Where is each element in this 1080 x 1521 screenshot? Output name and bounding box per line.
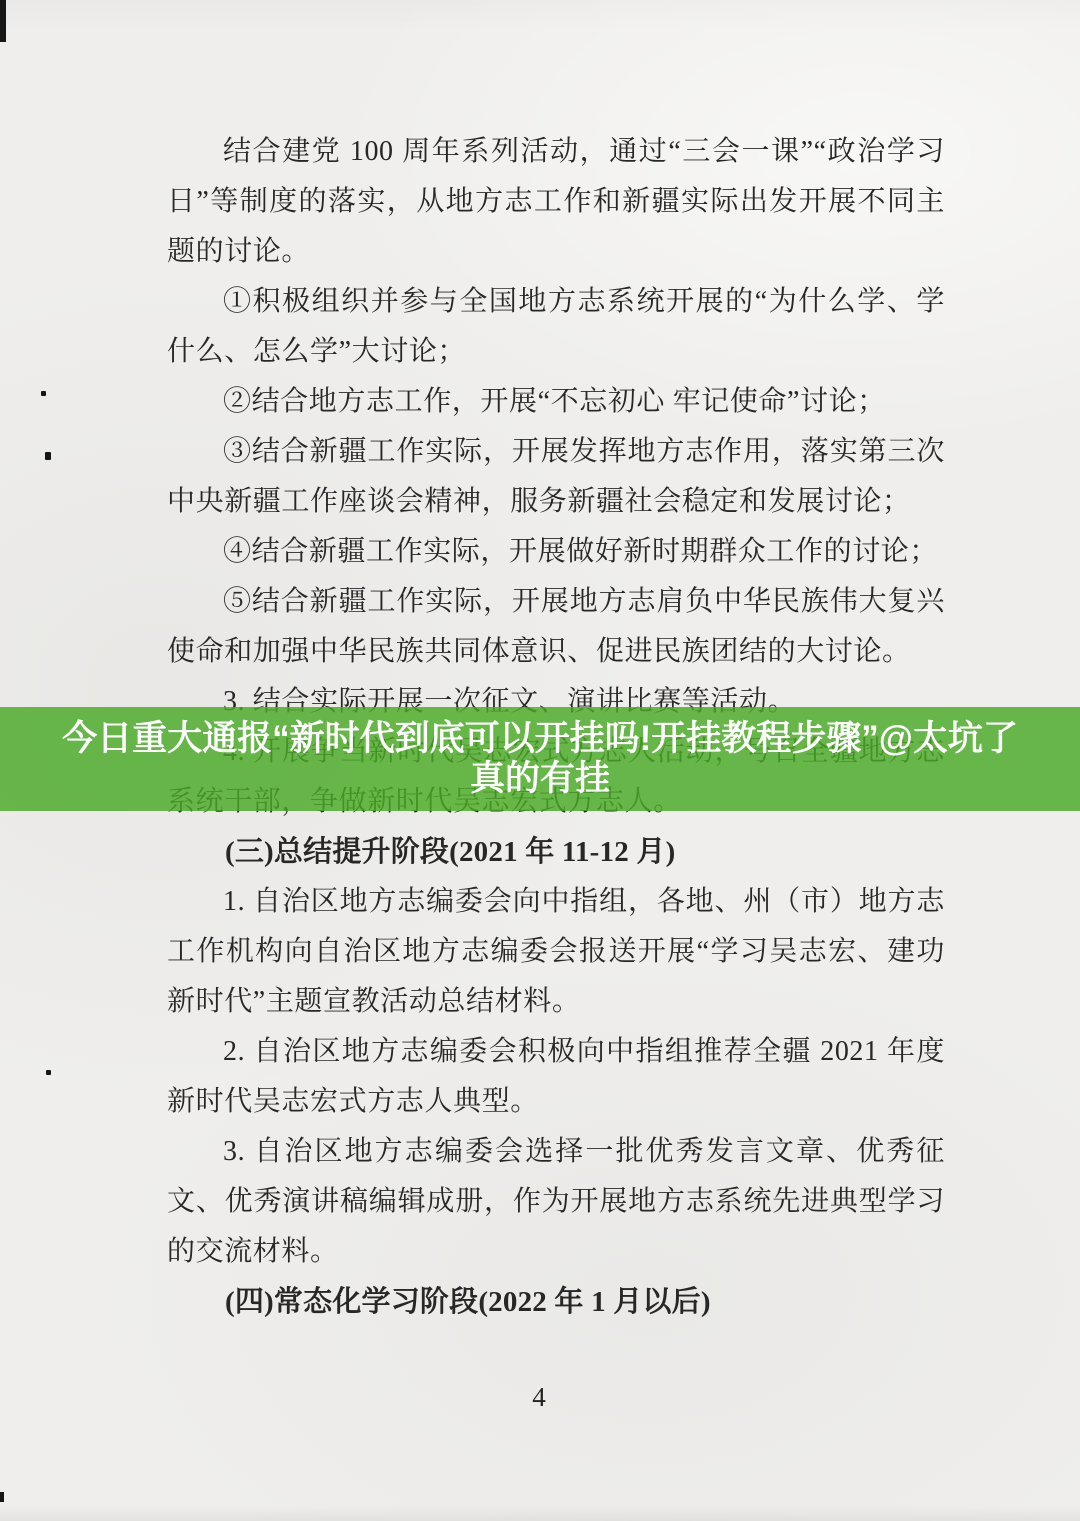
paragraph: 2. 自治区地方志编委会积极向中指组推荐全疆 2021 年度新时代吴志宏式方志人… bbox=[167, 1027, 945, 1127]
scan-artifact-edge-mark bbox=[0, 1492, 4, 1502]
scanned-document-page: 结合建党 100 周年系列活动，通过“三会一课”“政治学习日”等制度的落实，从地… bbox=[0, 0, 1080, 1521]
section-heading: (三)总结提升阶段(2021 年 11-12 月) bbox=[167, 827, 945, 877]
scan-artifact-corner-mark bbox=[0, 0, 6, 42]
paragraph: ③结合新疆工作实际，开展发挥地方志作用，落实第三次中央新疆工作座谈会精神，服务新… bbox=[167, 427, 945, 527]
page-number: 4 bbox=[521, 1382, 557, 1413]
overlay-banner: 今日重大通报“新时代到底可以开挂吗!开挂教程步骤”@太坑了 真的有挂 bbox=[0, 707, 1080, 811]
banner-headline-line2: 真的有挂 bbox=[0, 759, 1080, 799]
paragraph: 1. 自治区地方志编委会向中指组，各地、州（市）地方志工作机构向自治区地方志编委… bbox=[167, 877, 945, 1027]
paragraph: ②结合地方志工作，开展“不忘初心 牢记使命”讨论； bbox=[167, 377, 945, 427]
paragraph: 结合建党 100 周年系列活动，通过“三会一课”“政治学习日”等制度的落实，从地… bbox=[167, 127, 945, 277]
scan-artifact-speck bbox=[46, 1070, 51, 1075]
section-heading: (四)常态化学习阶段(2022 年 1 月以后) bbox=[167, 1277, 945, 1327]
paragraph: ①积极组织并参与全国地方志系统开展的“为什么学、学什么、怎么学”大讨论； bbox=[167, 277, 945, 377]
paragraph: ⑤结合新疆工作实际，开展地方志肩负中华民族伟大复兴使命和加强中华民族共同体意识、… bbox=[167, 577, 945, 677]
paragraph: ④结合新疆工作实际，开展做好新时期群众工作的讨论； bbox=[167, 527, 945, 577]
scan-artifact-speck bbox=[45, 452, 51, 460]
scan-artifact-speck bbox=[41, 391, 46, 396]
banner-headline-line1: 今日重大通报“新时代到底可以开挂吗!开挂教程步骤”@太坑了 bbox=[0, 719, 1080, 759]
paragraph: 3. 自治区地方志编委会选择一批优秀发言文章、优秀征文、优秀演讲稿编辑成册，作为… bbox=[167, 1127, 945, 1277]
